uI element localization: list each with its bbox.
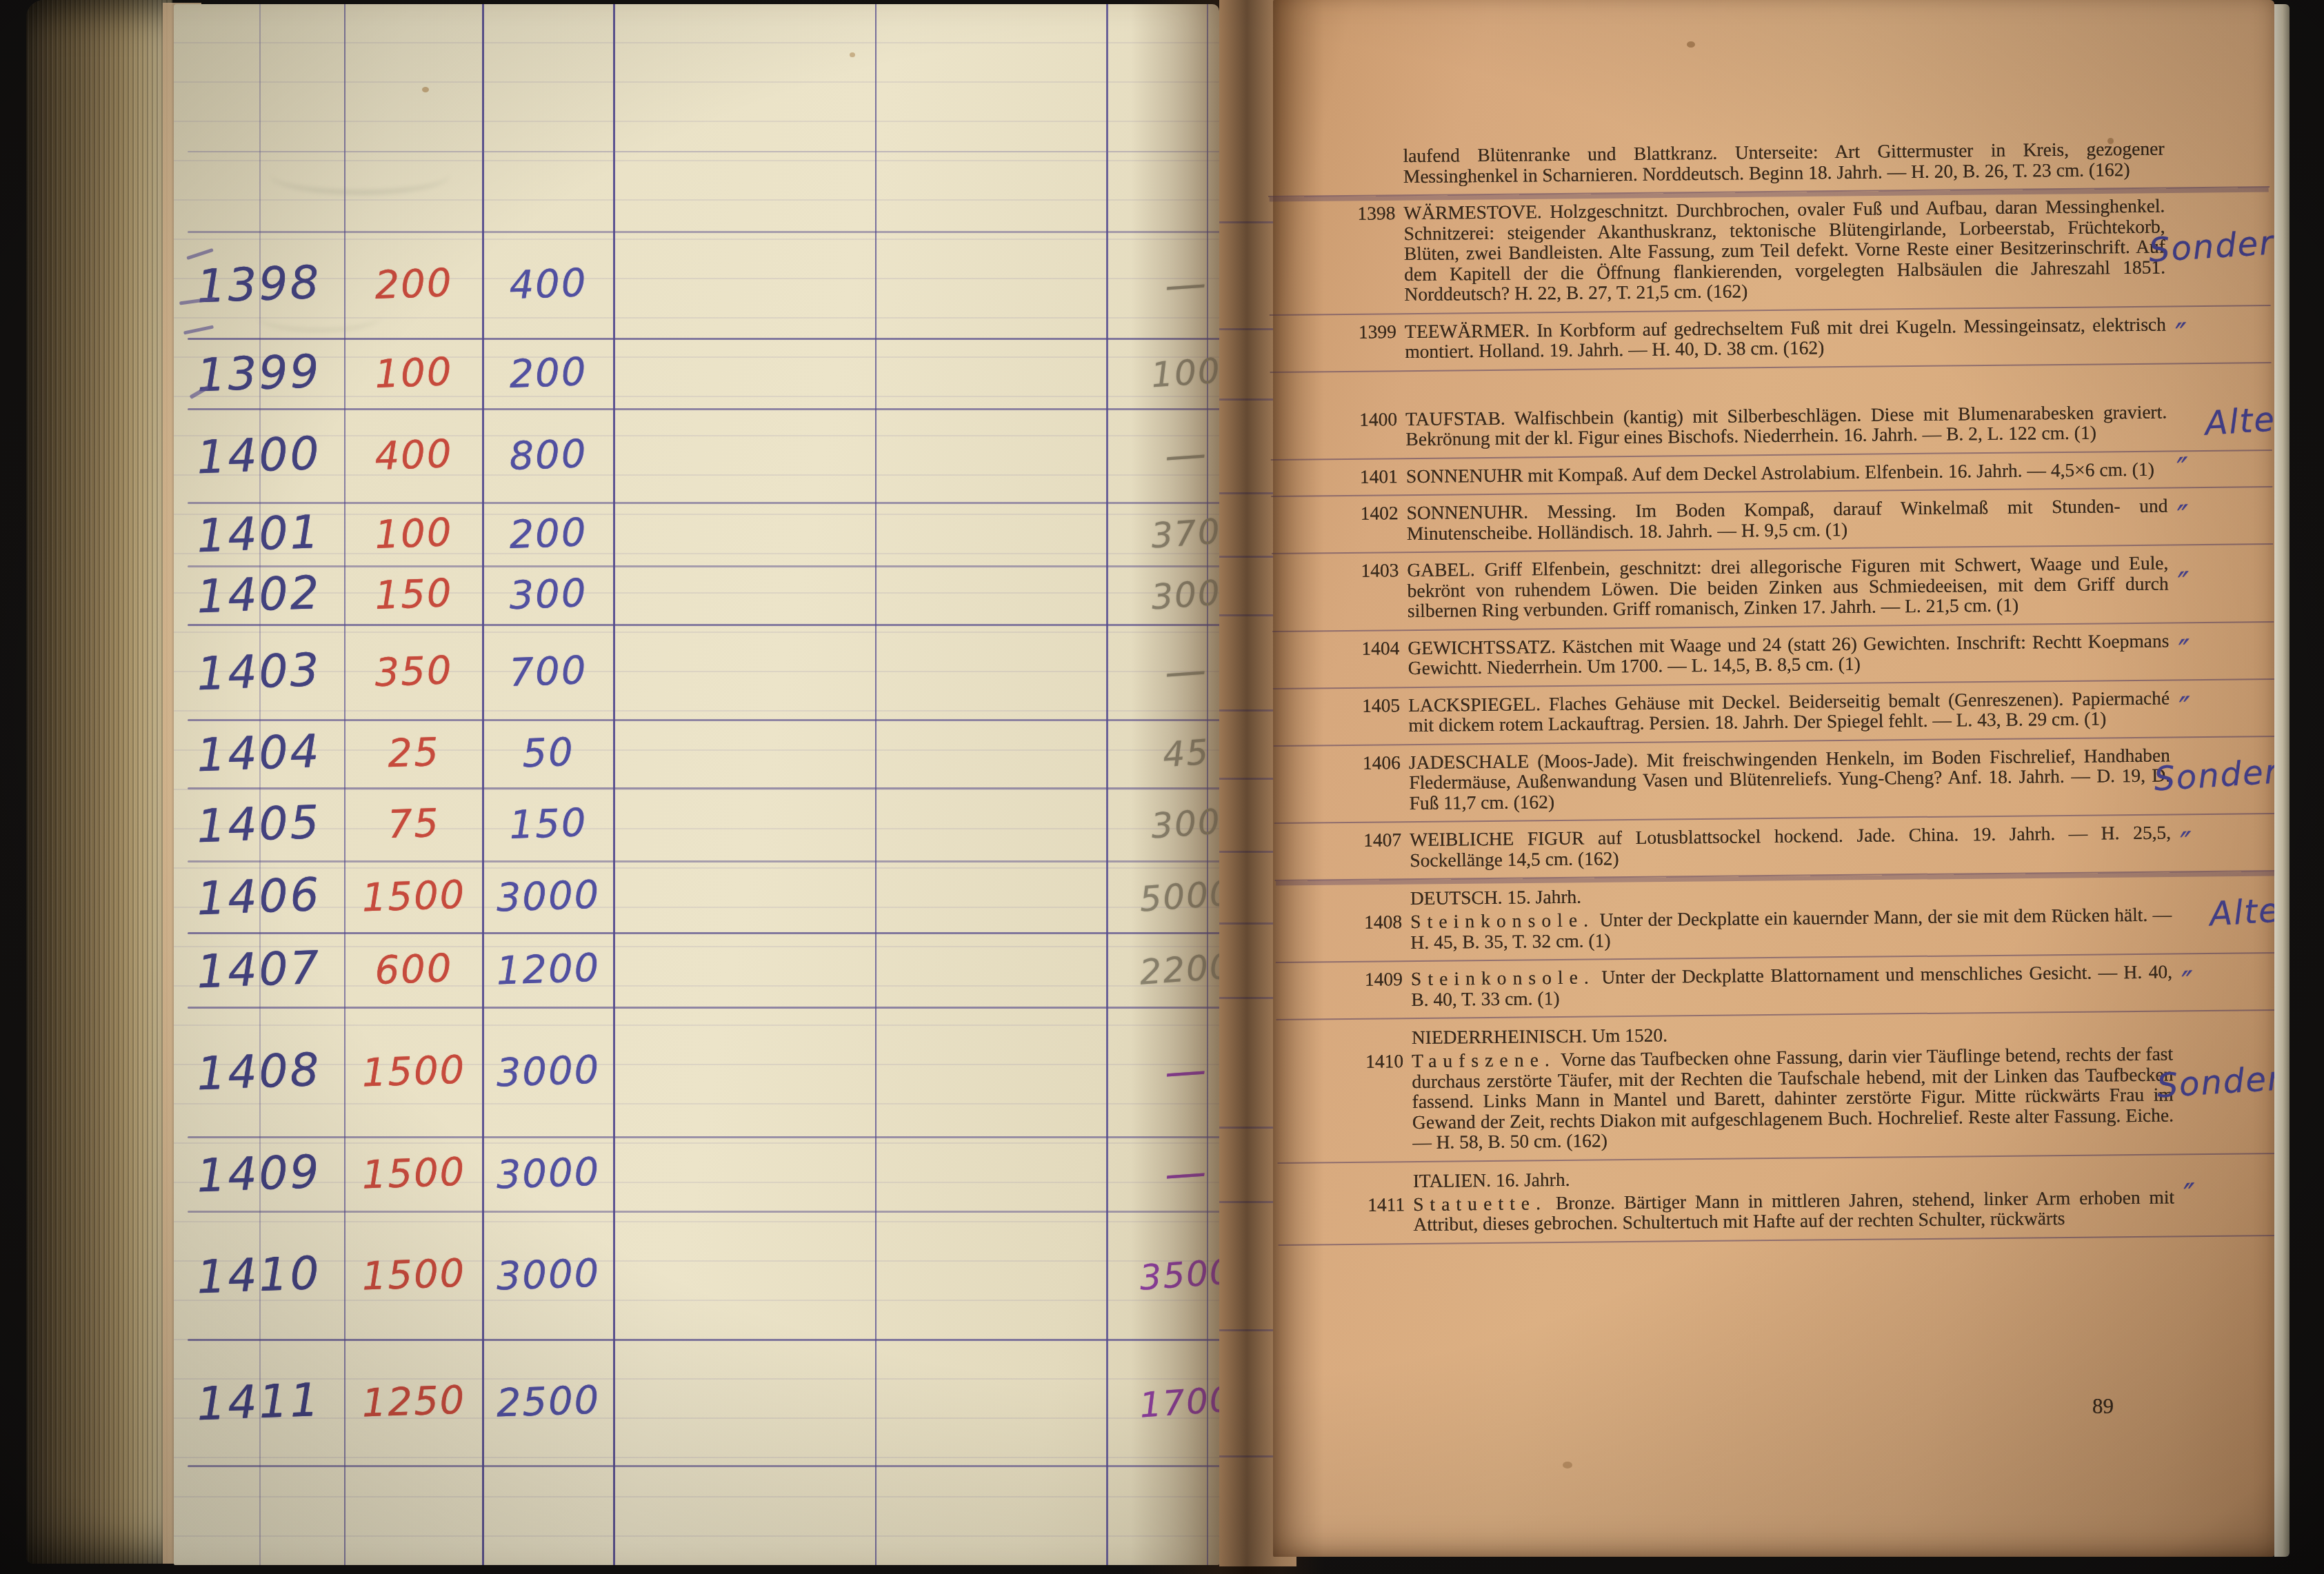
entry-number: 1409	[1345, 969, 1403, 989]
limit-handwritten-value: 100	[346, 500, 481, 568]
catalog-entry: 1402SONNENUHR. Messing. Im Boden Kompaß,…	[1271, 487, 2273, 554]
lot-handwritten-value: 1404	[172, 716, 345, 791]
photographed-book-spread: { "ledger": { "rows": [ {"lot":"1398","l…	[0, 0, 2324, 1574]
est-handwritten-value: 3000	[484, 858, 612, 934]
catalog-entry: 1400TAUFSTAB. Walfischbein (kantig) mit …	[1270, 394, 2272, 461]
entry-title: JADESCHALE	[1409, 750, 1529, 773]
est-handwritten-value: 3000	[483, 1005, 613, 1138]
ledger-page: 1398200400—13991002001001400400800—14011…	[174, 4, 1219, 1565]
est-handwritten-value: 300	[485, 563, 612, 626]
entry-body: Griff Elfenbein, geschnitzt: drei allego…	[1407, 552, 2168, 621]
book-block-fore-edge	[26, 0, 172, 1564]
entry-title: SONNENUHR.	[1406, 501, 1528, 523]
entry-text: WÄRMESTOVE. Holzgeschnitzt. Durchbrochen…	[1403, 196, 2165, 305]
lot-handwritten-value: 1402	[173, 563, 345, 627]
erased-pencil-ghost	[270, 156, 450, 194]
entry-body: laufend Blütenranke und Blattkranz. Unte…	[1403, 138, 2164, 187]
margin-annotation: Sonder	[2156, 1059, 2283, 1105]
margin-annotation: ″	[2177, 566, 2192, 602]
catalog-fore-edge	[2274, 4, 2290, 1557]
entry-text: GABEL. Griff Elfenbein, geschnitzt: drei…	[1407, 552, 2169, 620]
catalog-entry: 1406JADESCHALE (Moos-Jade). Mit freischw…	[1274, 737, 2276, 824]
entry-text: TAUFSTAB. Walfischbein (kantig) mit Silb…	[1405, 401, 2167, 450]
margin-annotation: ″	[2181, 965, 2196, 1000]
entry-title: Steinkonsole.	[1411, 967, 1595, 990]
limit-handwritten-value: 600	[346, 930, 481, 1009]
margin-annotation: ″	[2178, 633, 2193, 669]
entry-title: WÄRMESTOVE.	[1403, 201, 1542, 223]
margin-annotation: ″	[2174, 316, 2190, 352]
est-handwritten-value: 700	[484, 622, 613, 721]
entry-number: 1398	[1337, 203, 1395, 223]
foxing-stain	[1563, 1462, 1572, 1469]
limit-handwritten-value: 75	[346, 785, 481, 863]
est-handwritten-value: 200	[484, 500, 612, 567]
catalog-page: laufend Blütenranke und Blattkranz. Unte…	[1273, 0, 2274, 1557]
lot-handwritten-value: 1409	[172, 1133, 345, 1214]
lot-handwritten-value: 1401	[172, 499, 345, 569]
entry-body: mit Kompaß. Auf dem Deckel Astrolabium. …	[1527, 458, 2154, 485]
erased-pencil-ghost	[257, 301, 381, 332]
limit-handwritten-value: 1500	[346, 1134, 481, 1213]
margin-annotation: ″	[2176, 498, 2192, 534]
entry-number: 1404	[1341, 638, 1399, 658]
entry-text: Steinkonsole. Unter der Deckplatte Blatt…	[1411, 961, 2173, 1009]
entry-text: JADESCHALE (Moos-Jade). Mit freischwinge…	[1409, 745, 2171, 813]
entry-text: laufend Blütenranke und Blattkranz. Unte…	[1403, 139, 2165, 187]
catalog-entry: 1399TEEWÄRMER. In Korbform auf gedrechse…	[1270, 306, 2272, 373]
margin-annotation: ″	[2178, 690, 2193, 726]
entry-title: SONNENUHR	[1406, 464, 1523, 487]
catalog-entry: ITALIEN. 16. Jahrh.1411Statuette. Bronze…	[1278, 1153, 2280, 1245]
lot-handwritten-value: 1403	[172, 621, 346, 723]
lot-handwritten-value: 1411	[172, 1336, 346, 1469]
catalog-entry: 1405LACKSPIEGEL. Flaches Gehäuse mit Dec…	[1273, 680, 2275, 747]
limit-handwritten-value: 1250	[345, 1337, 482, 1468]
limit-handwritten-value: 100	[346, 336, 481, 411]
ledger-column-rule	[613, 4, 615, 1565]
catalog-entry: DEUTSCH. 15. Jahrh.1408Steinkonsole. Unt…	[1275, 871, 2277, 963]
lot-handwritten-value: 1400	[172, 405, 346, 505]
margin-annotation: Sonder	[2147, 223, 2275, 270]
ledger-row-rule	[188, 151, 1263, 152]
est-handwritten-value: 3000	[484, 1134, 612, 1213]
limit-handwritten-value: 350	[346, 622, 482, 722]
limit-handwritten-value: 1500	[345, 1209, 482, 1342]
limit-handwritten-value: 400	[346, 406, 482, 505]
entry-title: Taufszene.	[1412, 1049, 1556, 1071]
est-handwritten-value: 3000	[483, 1209, 613, 1341]
entry-title: GABEL.	[1407, 558, 1475, 581]
limit-handwritten-value: 150	[347, 563, 481, 627]
margin-annotation: Alte	[2209, 891, 2282, 934]
entry-title: GEWICHTSSATZ.	[1408, 636, 1556, 658]
entry-title: Statuette.	[1413, 1192, 1547, 1215]
est-handwritten-value: 400	[483, 229, 612, 340]
ledger-column-rule	[875, 4, 876, 1565]
entry-number: 1405	[1342, 695, 1400, 716]
lot-handwritten-value: 1408	[172, 1004, 346, 1140]
entry-text: TEEWÄRMER. In Korbform auf gedrechseltem…	[1405, 314, 2167, 362]
catalog-entry: 1403GABEL. Griff Elfenbein, geschnitzt: …	[1272, 545, 2274, 632]
foxing-stain	[850, 52, 855, 57]
catalog-entry: 1398WÄRMESTOVE. Holzgeschnitzt. Durchbro…	[1268, 188, 2271, 315]
margin-annotation: ″	[2176, 452, 2191, 487]
lot-handwritten-value: 1399	[172, 335, 345, 412]
entry-text: SONNENUHR. Messing. Im Boden Kompaß, dar…	[1406, 496, 2168, 544]
catalog-entry: NIEDERRHEINISCH. Um 1520.1410Taufszene. …	[1276, 1011, 2279, 1163]
lot-handwritten-value: 1410	[172, 1208, 346, 1342]
lot-handwritten-value: 1406	[172, 858, 345, 936]
est-handwritten-value: 50	[484, 717, 612, 789]
entry-text: Steinkonsole. Unter der Deckplatte ein k…	[1410, 904, 2172, 952]
entry-text: SONNENUHR mit Kompaß. Auf dem Deckel Ast…	[1406, 458, 2167, 486]
entry-title: LACKSPIEGEL.	[1408, 693, 1541, 716]
lot-handwritten-value: 1407	[172, 929, 345, 1010]
est-handwritten-value: 150	[484, 785, 612, 862]
entry-title: WEIBLICHE FIGUR	[1410, 827, 1585, 850]
margin-annotation: Sonder	[2153, 752, 2281, 798]
entry-title: TEEWÄRMER.	[1405, 319, 1530, 342]
entry-text: GEWICHTSSATZ. Kästchen mit Waage und 24 …	[1408, 630, 2170, 678]
catalog-entry: 1404GEWICHTSSATZ. Kästchen mit Waage und…	[1272, 623, 2274, 689]
margin-annotation: ″	[2179, 825, 2194, 861]
ledger-row-rule	[188, 1465, 1263, 1467]
entry-number: 1411	[1347, 1194, 1405, 1215]
catalog-text-column: laufend Blütenranke und Blattkranz. Unte…	[1268, 130, 2279, 1245]
est-handwritten-value: 200	[484, 336, 612, 410]
entry-title: TAUFSTAB.	[1405, 407, 1505, 429]
foxing-stain	[1687, 41, 1695, 48]
limit-handwritten-value: 1500	[345, 1005, 482, 1139]
entry-number: 1399	[1339, 321, 1396, 342]
catalog-entry: 1407WEIBLICHE FIGUR auf Lotusblattsockel…	[1274, 814, 2276, 881]
entry-number: 1408	[1344, 911, 1402, 932]
limit-handwritten-value: 25	[346, 717, 481, 790]
foxing-stain	[422, 87, 429, 92]
entry-number: 1400	[1339, 409, 1397, 430]
entry-text: LACKSPIEGEL. Flaches Gehäuse mit Deckel.…	[1408, 687, 2170, 736]
margin-annotation: Alte	[2204, 400, 2277, 443]
entry-number: 1410	[1345, 1051, 1403, 1071]
page-number: 89	[2092, 1394, 2114, 1419]
est-handwritten-value: 1200	[484, 930, 612, 1009]
entry-number: 1403	[1341, 560, 1399, 581]
est-handwritten-value: 800	[484, 406, 613, 504]
entry-text: Taufszene. Vorne das Taufbecken ohne Fas…	[1412, 1043, 2174, 1152]
catalog-continuation-paragraph: laufend Blütenranke und Blattkranz. Unte…	[1268, 130, 2270, 197]
lot-handwritten-value: 1405	[172, 785, 345, 864]
entry-number: 1407	[1343, 829, 1401, 850]
entry-number: 1406	[1343, 752, 1401, 773]
entry-title: Steinkonsole.	[1410, 909, 1594, 933]
entry-number: 1402	[1340, 503, 1398, 523]
margin-annotation: ″	[2183, 1177, 2198, 1213]
catalog-entry: 1409Steinkonsole. Unter der Deckplatte B…	[1276, 954, 2278, 1020]
limit-handwritten-value: 1500	[346, 858, 481, 935]
entry-number: 1401	[1340, 466, 1398, 487]
entry-body: Walfischbein (kantig) mit Silberbeschläg…	[1405, 401, 2167, 450]
entry-text: WEIBLICHE FIGUR auf Lotusblattsockel hoc…	[1410, 822, 2172, 870]
entry-text: Statuette. Bronze. Bärtiger Mann in mitt…	[1413, 1187, 2175, 1235]
est-handwritten-value: 2500	[483, 1337, 613, 1467]
